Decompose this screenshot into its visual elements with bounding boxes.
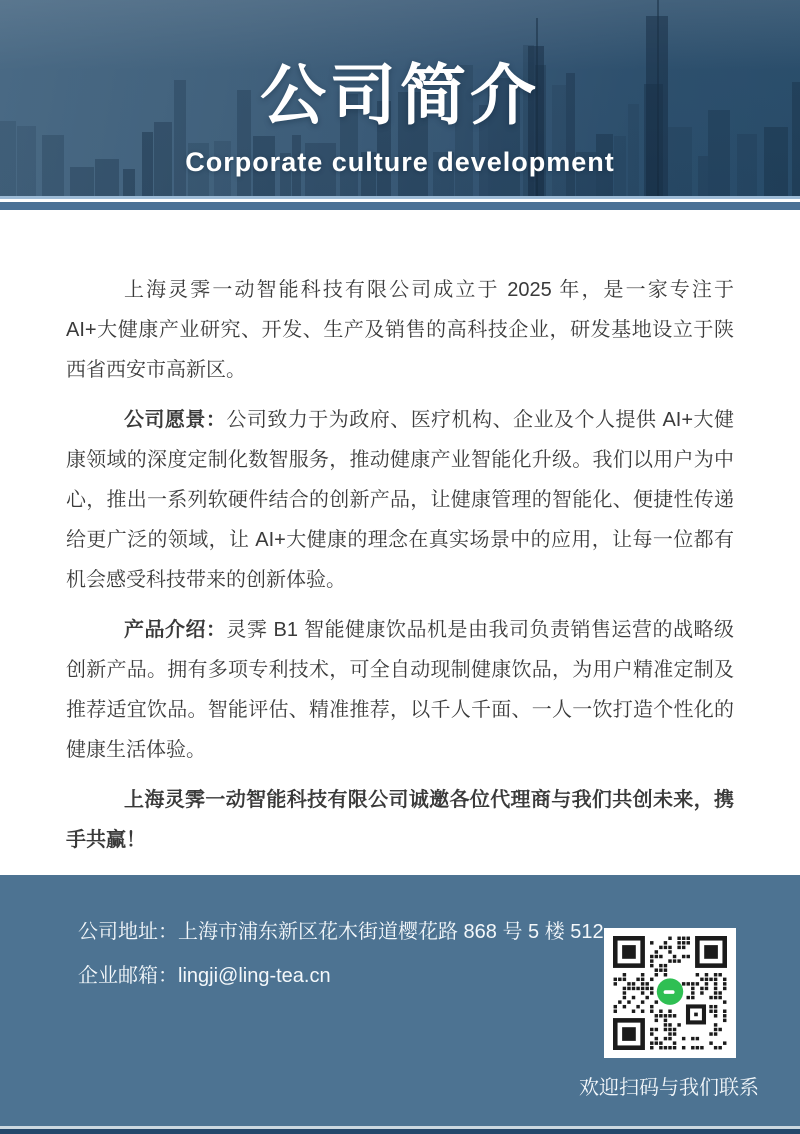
paragraph-invitation: 上海灵霁一动智能科技有限公司诚邀各位代理商与我们共创未来，携手共赢！: [66, 780, 734, 860]
footer-contact-section: 公司地址：上海市浦东新区花木街道樱花路 868 号 5 楼 512 企业邮箱：l…: [0, 875, 800, 1134]
paragraph-lead-label: 产品介绍：: [124, 619, 227, 641]
paragraph-company-vision: 公司愿景：公司致力于为政府、医疗机构、企业及个人提供 AI+大健康领域的深度定制…: [66, 400, 734, 600]
address-value: 上海市浦东新区花木街道樱花路 868 号 5 楼 512: [178, 921, 604, 943]
email-label: 企业邮箱：: [78, 965, 178, 987]
qr-code-pattern: [612, 936, 728, 1050]
company-intro-page: 公司简介 Corporate culture development 上海灵霁一…: [0, 0, 800, 1134]
divider-blue-bar: [0, 202, 800, 210]
qr-caption: 欢迎扫码与我们联系: [569, 1071, 769, 1100]
page-title: 公司简介: [0, 42, 800, 137]
company-email-line: 企业邮箱：lingji@ling-tea.cn: [78, 961, 331, 991]
address-label: 公司地址：: [78, 921, 178, 943]
paragraph-text: 上海灵霁一动智能科技有限公司诚邀各位代理商与我们共创未来，携手共赢！: [66, 789, 734, 851]
email-value: lingji@ling-tea.cn: [178, 965, 331, 987]
footer-dark-strip: [0, 1129, 800, 1134]
document-body: 上海灵霁一动智能科技有限公司成立于 2025 年，是一家专注于 AI+大健康产业…: [0, 210, 800, 875]
paragraph-product-intro: 产品介绍：灵霁 B1 智能健康饮品机是由我司负责销售运营的战略级创新产品。拥有多…: [66, 610, 734, 770]
paragraph-lead-label: 公司愿景：: [124, 409, 226, 431]
company-address-line: 公司地址：上海市浦东新区花木街道樱花路 868 号 5 楼 512: [78, 917, 604, 947]
header-banner: 公司简介 Corporate culture development: [0, 0, 800, 199]
paragraph-text: 上海灵霁一动智能科技有限公司成立于 2025 年，是一家专注于 AI+大健康产业…: [66, 279, 734, 381]
qr-code-image: [604, 928, 736, 1058]
page-subtitle: Corporate culture development: [0, 147, 800, 178]
paragraph-text: 公司致力于为政府、医疗机构、企业及个人提供 AI+大健康领域的深度定制化数智服务…: [66, 409, 734, 591]
paragraph-company-overview: 上海灵霁一动智能科技有限公司成立于 2025 年，是一家专注于 AI+大健康产业…: [66, 270, 734, 390]
header-text-block: 公司简介 Corporate culture development: [0, 0, 800, 196]
